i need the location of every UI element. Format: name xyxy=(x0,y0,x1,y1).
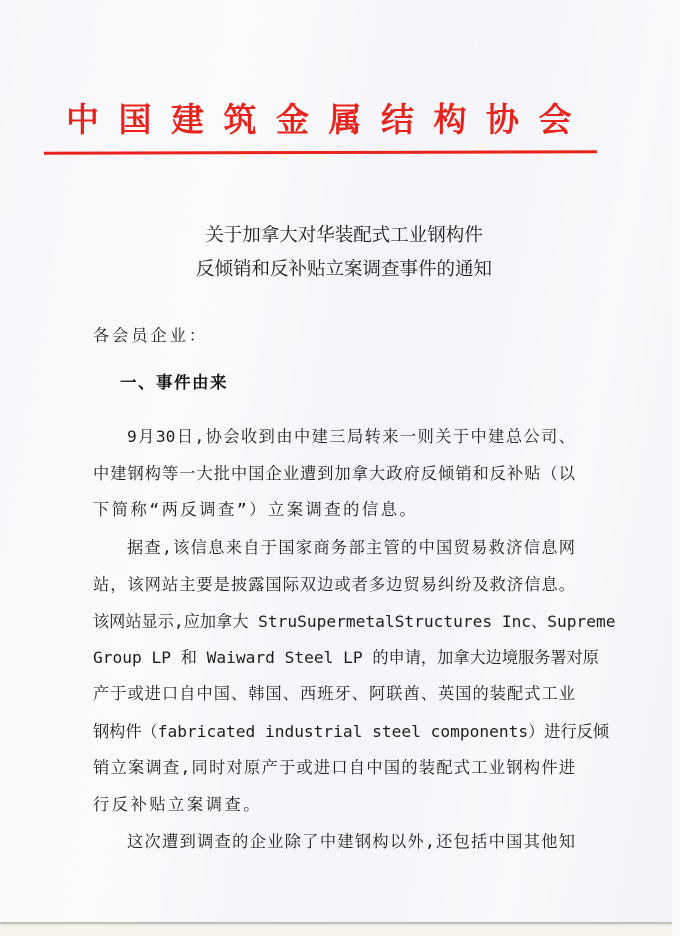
body-line: 据查,该信息来自于国家商务部主管的中国贸易救济信息网 xyxy=(127,537,575,559)
body-line: 下简称“两反调查”）立案调查的信息。 xyxy=(93,499,575,521)
scan-edge xyxy=(672,0,680,936)
body-line: 钢构件（fabricated industrial steel componen… xyxy=(93,721,575,743)
body-line: Group LP 和 Waiward Steel LP 的申请，加拿大边境服务署… xyxy=(93,647,575,669)
body-line: 站，该网站主要是披露国际双边或者多边贸易纠纷及救济信息。 xyxy=(93,574,575,596)
document-title-line-1: 关于加拿大对华装配式工业钢构件 xyxy=(4,224,680,248)
letterhead-organization-name: 中国建筑金属结构协会 xyxy=(66,100,586,140)
body-line: 这次遭到调查的企业除了中建钢构以外,还包括中国其他知 xyxy=(127,831,575,853)
body-line: 产于或进口自中国、韩国、西班牙、阿联酋、英国的装配式工业 xyxy=(93,683,575,705)
section-heading: 一、事件由来 xyxy=(120,372,228,394)
body-line: 销立案调查,同时对原产于或进口自中国的装配式工业钢构件进 xyxy=(93,757,575,779)
body-line: 该网站显示,应加拿大 StruSupermetalStructures Inc、… xyxy=(93,611,575,633)
body-line: 9月30日,协会收到由中建三局转来一则关于中建总公司、 xyxy=(127,426,575,448)
document-title-line-2: 反倾销和反补贴立案调查事件的通知 xyxy=(4,258,680,282)
salutation: 各会员企业： xyxy=(93,325,575,347)
body-line: 中建钢构等一大批中国企业遭到加拿大政府反倾销和反补贴（以 xyxy=(93,463,575,485)
body-line: 行反补贴立案调查。 xyxy=(93,794,575,816)
